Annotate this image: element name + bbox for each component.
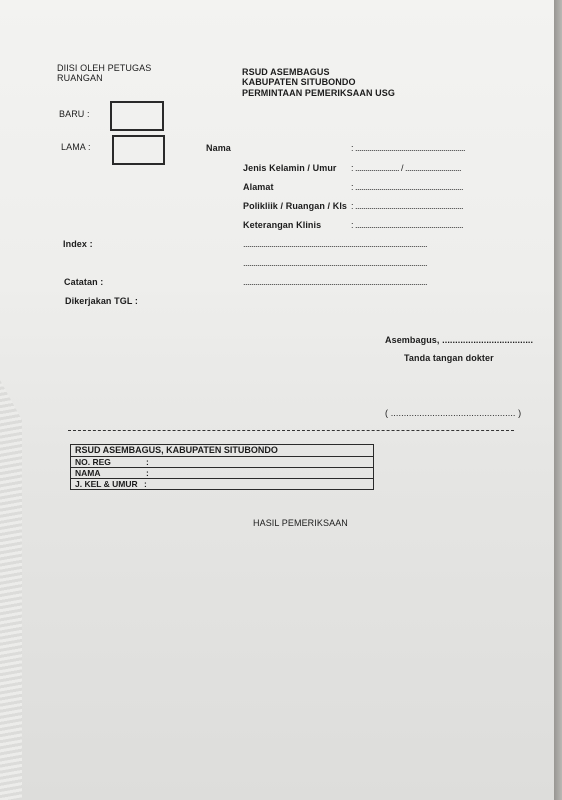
hospital-name: RSUD ASEMBAGUS xyxy=(242,67,330,77)
stub-title: RSUD ASEMBAGUS, KABUPATEN SITUBONDO xyxy=(75,445,278,455)
index-label: Index : xyxy=(63,239,93,249)
regency-name: KABUPATEN SITUBONDO xyxy=(242,77,356,87)
place-date-line: Asembagus, .............................… xyxy=(385,335,533,345)
performed-date-label: Dikerjakan TGL : xyxy=(65,296,138,306)
baru-checkbox[interactable] xyxy=(110,101,164,131)
lama-label: LAMA : xyxy=(61,142,91,152)
stub-nama-label: NAMA xyxy=(75,468,101,478)
stub-noreg-colon: : xyxy=(146,457,149,467)
address-field[interactable]: : ......................................… xyxy=(351,182,488,192)
doctor-signature-label: Tanda tangan dokter xyxy=(404,353,494,363)
stub-gender-age-colon: : xyxy=(144,479,147,489)
address-label: Alamat xyxy=(243,182,274,192)
clinical-notes-line-2[interactable]: ........................................… xyxy=(243,258,495,268)
filled-by-staff-line1: DIISI OLEH PETUGAS xyxy=(57,63,151,73)
clinical-notes-line-1[interactable]: ........................................… xyxy=(243,239,495,249)
gender-age-field[interactable]: : ...................... / .............… xyxy=(351,163,491,173)
clinical-notes-field[interactable]: : ......................................… xyxy=(351,220,488,230)
lama-checkbox[interactable] xyxy=(112,135,165,165)
nama-label: Nama xyxy=(206,143,231,153)
nama-field[interactable]: : ......................................… xyxy=(351,143,491,153)
filled-by-staff-line2: RUANGAN xyxy=(57,73,103,83)
baru-label: BARU : xyxy=(59,109,90,119)
clinic-room-class-field[interactable]: : ......................................… xyxy=(351,201,488,211)
notes-label: Catatan : xyxy=(64,277,103,287)
stub-row-noreg: NO. REG : xyxy=(71,456,373,467)
patient-stub-table: RSUD ASEMBAGUS, KABUPATEN SITUBONDO NO. … xyxy=(70,444,374,490)
stub-row-gender-age: J. KEL & UMUR : xyxy=(71,478,373,489)
stub-row-nama: NAMA : xyxy=(71,467,373,478)
stub-nama-colon: : xyxy=(146,468,149,478)
exam-result-title: HASIL PEMERIKSAAN xyxy=(253,518,348,528)
gender-age-label: Jenis Kelamin / Umur xyxy=(243,163,337,173)
form-paper: DIISI OLEH PETUGAS RUANGAN RSUD ASEMBAGU… xyxy=(0,0,554,800)
clinic-room-class-label: Polikliik / Ruangan / Kls xyxy=(243,201,347,211)
stub-gender-age-label: J. KEL & UMUR xyxy=(75,479,138,489)
doctor-name-line: ( ......................................… xyxy=(385,408,521,418)
form-title: PERMINTAAN PEMERIKSAAN USG xyxy=(242,88,395,98)
stub-title-row: RSUD ASEMBAGUS, KABUPATEN SITUBONDO xyxy=(71,445,373,456)
stub-noreg-label: NO. REG xyxy=(75,457,111,467)
clinical-notes-line-3[interactable]: ........................................… xyxy=(243,277,495,287)
tear-off-line xyxy=(68,430,514,431)
clinical-notes-label: Keterangan Klinis xyxy=(243,220,321,230)
